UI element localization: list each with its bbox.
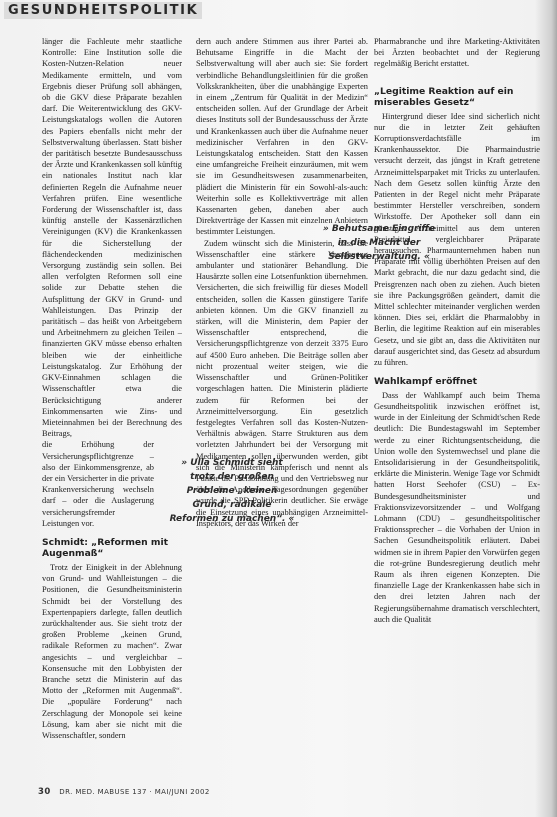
body-paragraph: Pharmabranche und ihre Marketing-Aktivit… <box>374 36 540 70</box>
publication-info: DR. MED. MABUSE 137 · MAI/JUNI 2002 <box>59 788 209 796</box>
subhead-schmidt-reformen: Schmidt: „Reformen mit Augenmaß“ <box>42 537 182 560</box>
section-title: GESUNDHEITSPOLITIK <box>4 2 202 19</box>
body-paragraph: Trotz der Einigkeit in der Ablehnung von… <box>42 562 182 741</box>
pull-quote-ulla-schmidt: » Ulla Schmidt sieht trotz der großen Pr… <box>168 456 296 526</box>
page-footer: 30 DR. MED. MABUSE 137 · MAI/JUNI 2002 <box>38 787 210 797</box>
body-paragraph: Dass der Wahlkampf auch beim Thema Gesun… <box>374 390 540 625</box>
column-3: Pharmabranche und ihre Marketing-Aktivit… <box>374 36 540 625</box>
magazine-page: GESUNDHEITSPOLITIK länger die Fachleute … <box>0 0 557 817</box>
body-paragraph: dern auch andere Stimmen aus ihrer Parte… <box>196 36 368 238</box>
column-1: länger die Fachleute mehr staatliche Kon… <box>42 36 182 741</box>
column-2: dern auch andere Stimmen aus ihrer Parte… <box>196 36 368 529</box>
subhead-wahlkampf: Wahlkampf eröffnet <box>374 376 540 388</box>
subhead-legitime-reaktion: „Legitime Reaktion auf ein miserables Ge… <box>374 86 540 109</box>
body-paragraph: länger die Fachleute mehr staatliche Kon… <box>42 36 182 439</box>
page-number: 30 <box>38 787 51 797</box>
pull-quote-selbstverwaltung: » Behutsame Eingriffe in die Macht der S… <box>318 222 440 264</box>
body-paragraph-narrow: die Erhöhung der Versicherungspflichtgre… <box>42 439 154 529</box>
